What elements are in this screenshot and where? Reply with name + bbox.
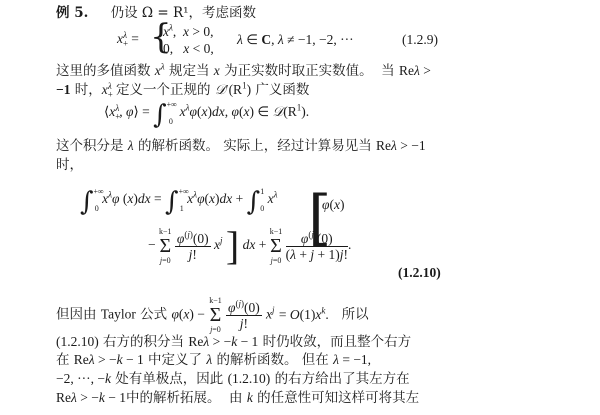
eq-case-2: 0, x < 0, <box>163 40 214 58</box>
para3-line5: Reλ > −k − 1中的解析拓展。 由 k 的任意性可知这样可将其左 <box>56 389 419 407</box>
para3-line2: (1.2.10) 右方的积分当 Reλ > −k − 1 时仍收敛，而且整个右方 <box>56 333 411 351</box>
para2-line1: 这个积分是 λ 的解析函数。 实际上，经过计算易见当 Reλ > −1 <box>56 137 426 155</box>
para3-line3: 在 Reλ > −k − 1 中定义了 λ 的解析函数。 但在 λ = −1, <box>56 351 371 369</box>
example-label: 例 5. <box>56 5 88 21</box>
eq-lhs: x+λ = <box>117 30 139 48</box>
para3-line1: 但因由 Taylor 公式 φ(x) − k−1Σj=0 φ(j)(0)j! x… <box>56 296 369 334</box>
equation-number: (1.2.10) <box>398 264 441 282</box>
para3-line4: −2, ···, −k 处有单极点，因此 (1.2.10) 的右方给出了其左方在 <box>56 370 410 388</box>
eq-phi-x: φ(x) <box>322 196 344 214</box>
para1-line1: 这里的多值函数 xλ 规定当 x 为正实数时取正实数值。 当 Reλ > <box>56 62 431 80</box>
eq-case-1: xλ, x > 0, <box>163 23 214 41</box>
para1-line2: −1 时，x+λ 定义一个正规的 𝒟′(R1) 广义函数 <box>56 81 309 99</box>
equation-pairing: ⟨x+λ, φ⟩ = ∫+∞0 xλφ(x)dx, φ(x) ∈ 𝒟(R1). <box>104 103 309 124</box>
equation-number: (1.2.9) <box>402 31 438 49</box>
eq-1-2-10-line1: ∫+∞0 xλφ (x)dx = ∫+∞1 xλφ(x)dx + ∫10 xλ <box>80 190 277 211</box>
para2-line2: 时， <box>56 156 83 174</box>
eq-condition: λ ∈ C, λ ≠ −1, −2, ··· <box>237 31 354 49</box>
example-intro: 仍设 Ω = R¹，考虑函数 <box>111 5 256 21</box>
right-bracket-icon: ] <box>226 226 239 266</box>
eq-1-2-10-line2: − k−1Σj=0 φ(j)(0)j! xj ] dx + k−1Σj=0 φ(… <box>148 226 351 266</box>
